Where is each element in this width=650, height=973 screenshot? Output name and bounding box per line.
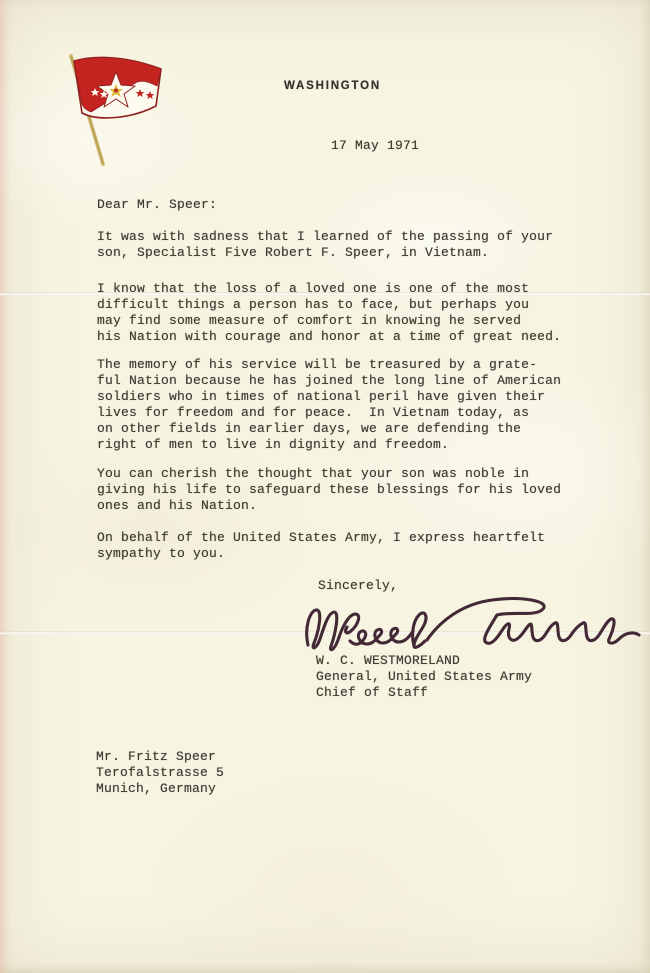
date-line: 17 May 1971 [331,138,419,154]
paragraph-2: I know that the loss of a loved one is o… [97,281,561,345]
paragraph-4: You can cherish the thought that your so… [97,466,561,514]
army-flag-icon [55,44,173,170]
signer-name: W. C. WESTMORELAND [316,653,460,669]
handwritten-signature [300,591,645,661]
signer-title: General, United States Army [316,669,532,685]
signer-role: Chief of Staff [316,685,428,701]
paragraph-5: On behalf of the United States Army, I e… [97,530,545,562]
paragraph-1: It was with sadness that I learned of th… [97,229,553,261]
recipient-address: Mr. Fritz Speer Terofalstrasse 5 Munich,… [96,749,224,797]
salutation: Dear Mr. Speer: [97,197,217,213]
letterhead-place: WASHINGTON [284,80,381,92]
paragraph-3: The memory of his service will be treasu… [97,357,561,453]
flag-emblem-dot [114,89,118,93]
scanned-letter-page: WASHINGTON 17 May 1971 Dear Mr. Speer: I… [0,0,650,973]
